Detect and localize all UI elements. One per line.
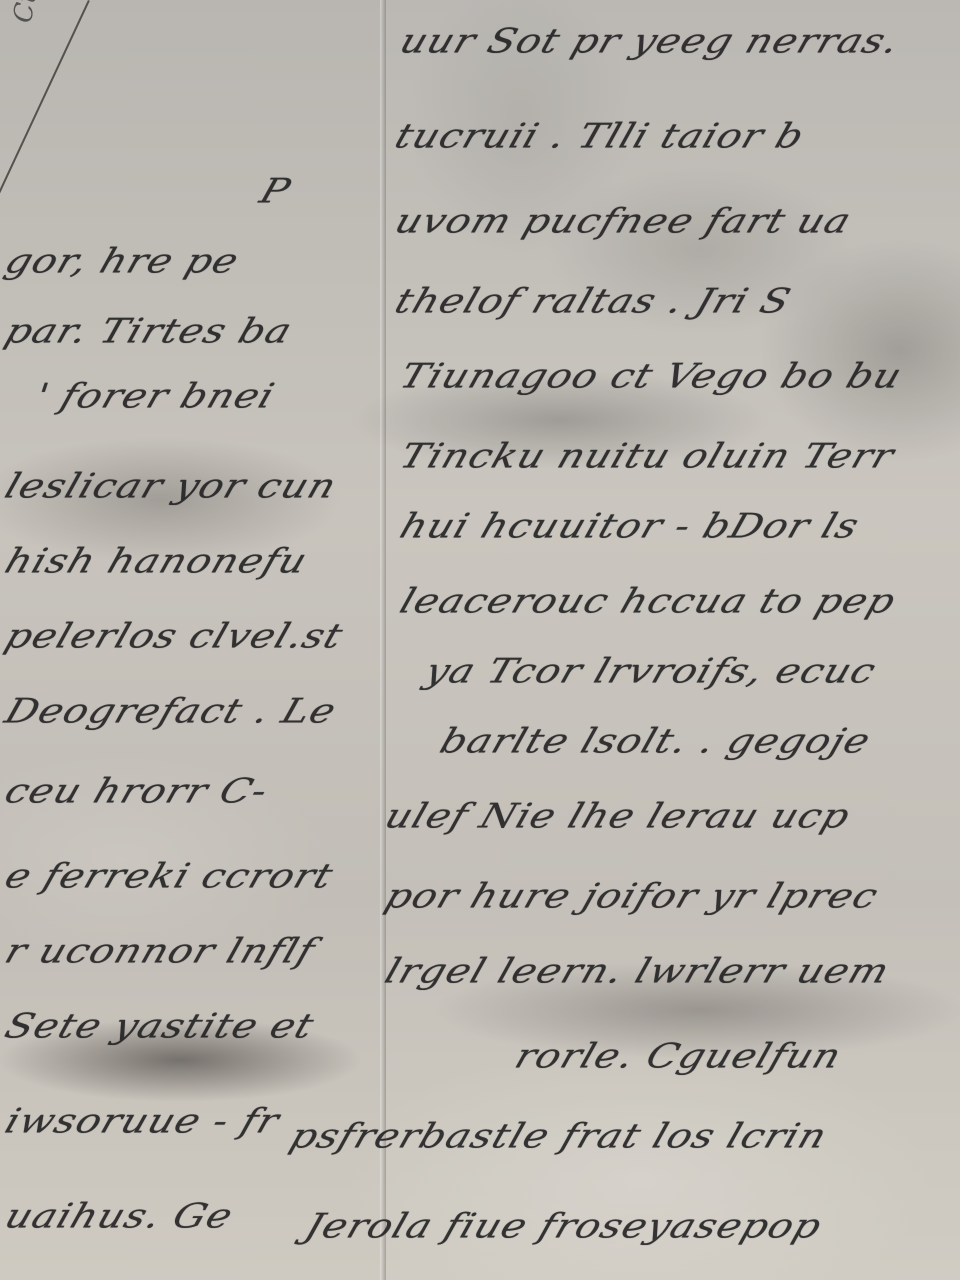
- handwritten-line: e ferreki ccrort: [0, 857, 338, 896]
- ink-diagonal-stroke: [0, 0, 90, 227]
- handwritten-line: psfrerbastle frat los lcrin: [285, 1117, 832, 1156]
- handwritten-line: thelof raltas . Jri S: [390, 282, 796, 321]
- handwritten-line: lrgel leern. lwrlerr uem: [380, 952, 895, 991]
- paper-right-panel: [386, 0, 960, 1280]
- handwritten-line: uur Sot pr yeeg nerras.: [395, 22, 905, 61]
- handwritten-line: ya Tcor lrvroifs, ecuc: [420, 652, 881, 691]
- handwritten-line: Tincku nuitu oluin Terr: [395, 437, 899, 476]
- handwritten-line: gor, hre pe: [0, 242, 244, 281]
- letter-paper: Cu ur Pgor, hre pepar. Tirtes ba' forer …: [0, 0, 960, 1280]
- paper-fold-line: [380, 0, 386, 1280]
- handwritten-line: hui hcuuitor - bDor ls: [395, 507, 864, 546]
- handwritten-line: Jerola fiue froseyasepop: [300, 1207, 827, 1246]
- handwritten-line: P: [255, 172, 296, 211]
- handwritten-line: iwsoruue - fr: [0, 1102, 285, 1141]
- handwritten-line: Sete yastite et: [0, 1007, 319, 1046]
- handwritten-line: Tiunagoo ct Vego bo bu: [395, 357, 907, 396]
- handwritten-line: rorle. Cguelfun: [510, 1037, 847, 1076]
- handwritten-line: uaihus. Ge: [0, 1197, 238, 1236]
- handwritten-line: ulef Nie lhe lerau ucp: [380, 797, 855, 836]
- handwritten-line: tucruii . Tlli taior b: [390, 117, 810, 156]
- handwritten-line: par. Tirtes ba: [0, 312, 297, 351]
- handwritten-line: hish hanonefu: [0, 542, 313, 581]
- handwritten-line: barlte lsolt. . gegoje: [435, 722, 876, 761]
- handwritten-line: leacerouc hccua to pep: [395, 582, 901, 621]
- handwritten-line: por hure joifor yr lprec: [380, 877, 883, 916]
- handwritten-line: leslicar yor cun: [0, 467, 342, 506]
- handwritten-line: r uconnor lnflf: [0, 932, 320, 971]
- handwritten-line: ' forer bnei: [30, 377, 280, 416]
- handwritten-line: ceu hrorr C-: [0, 772, 273, 811]
- handwritten-line: Deogrefact . Le: [0, 692, 341, 731]
- handwritten-line: uvom pucfnee fart ua: [390, 202, 856, 241]
- margin-note: Cu ur: [8, 0, 50, 25]
- handwritten-line: pelerlos clvel.st: [0, 617, 348, 656]
